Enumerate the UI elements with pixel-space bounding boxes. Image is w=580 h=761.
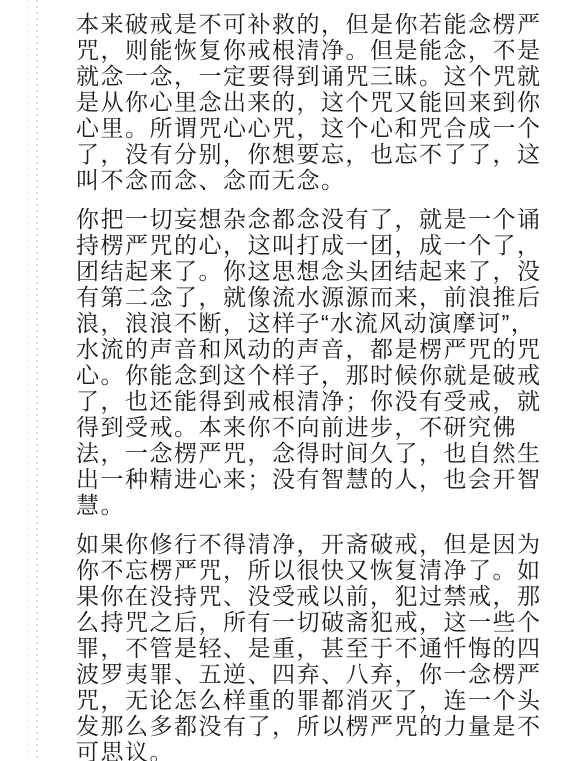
paragraph: 本来破戒是不可补救的，但是你若能念楞严咒，则能恢复你戒根清净。但是能念，不是就念… — [76, 11, 546, 193]
perforation-dots-outer — [27, 0, 29, 761]
article-body: 本来破戒是不可补救的，但是你若能念楞严咒，则能恢复你戒根清净。但是能念，不是就念… — [76, 11, 546, 761]
document-page: 本来破戒是不可补救的，但是你若能念楞严咒，则能恢复你戒根清净。但是能念，不是就念… — [0, 0, 580, 761]
perforation-dots-inner — [36, 0, 38, 761]
paragraph: 你把一切妄想杂念都念没有了，就是一个诵持楞严咒的心，这叫打成一团，成一个了，团结… — [76, 206, 546, 518]
paragraph: 如果你修行不得清净，开斋破戒，但是因为你不忘楞严咒，所以很快又恢复清净了。如果你… — [76, 531, 546, 761]
